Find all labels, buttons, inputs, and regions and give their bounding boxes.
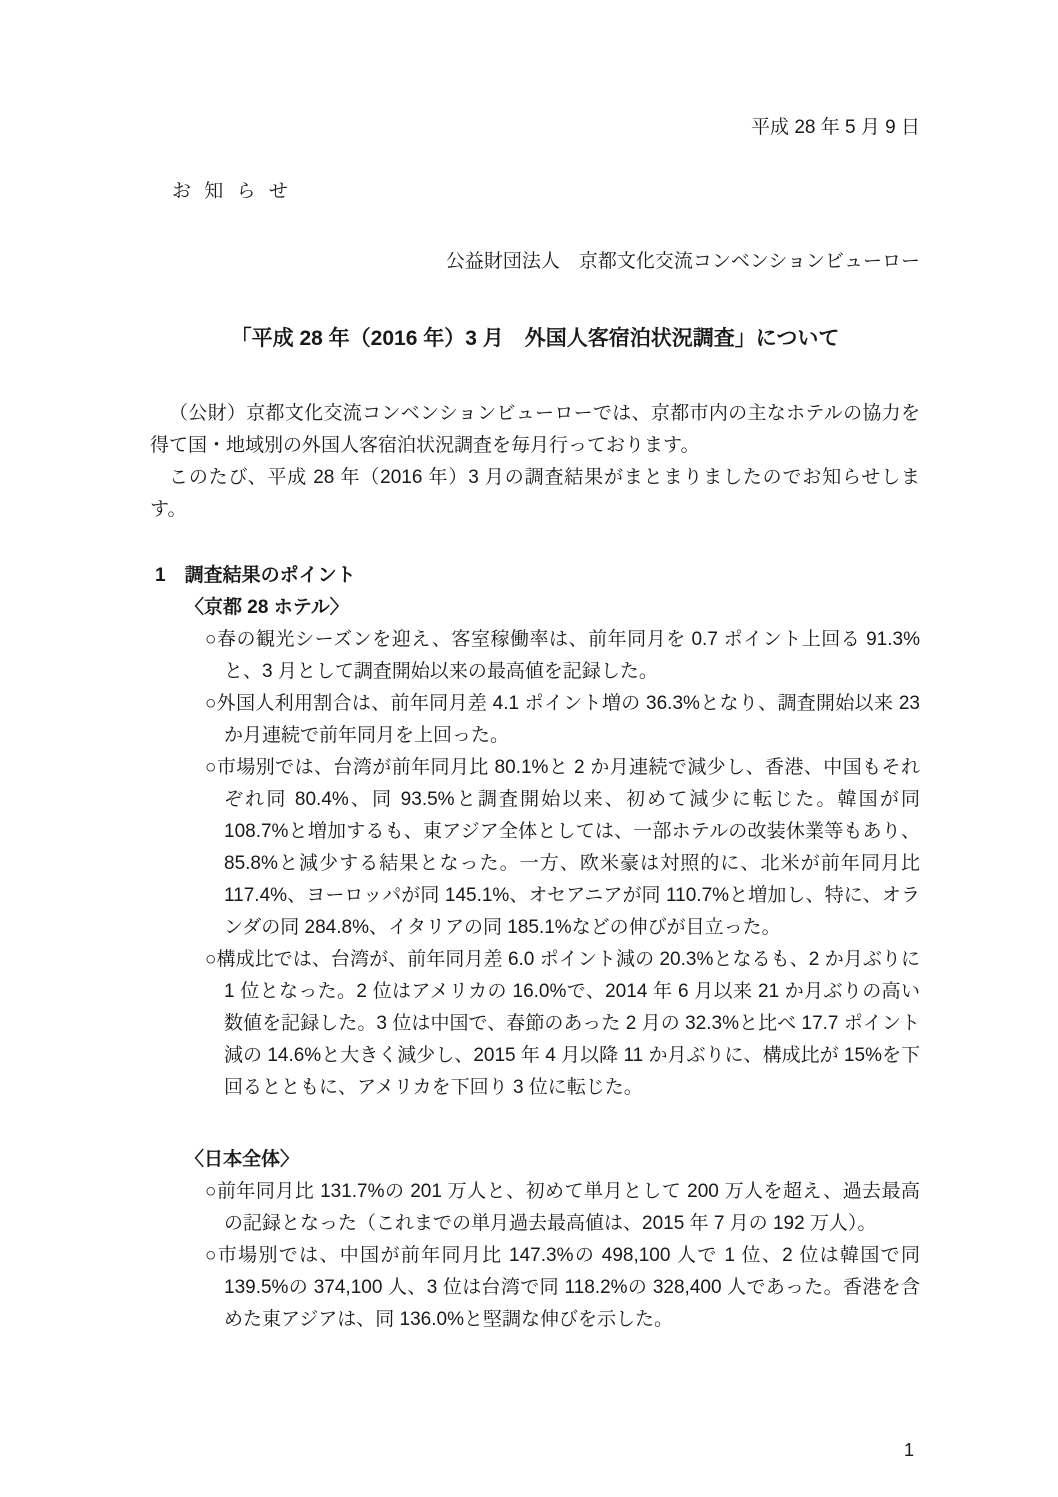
document-page: 平成 28 年 5 月 9 日 お 知 ら せ 公益財団法人 京都文化交流コンベ…: [0, 0, 1058, 1497]
organization-name: 公益財団法人 京都文化交流コンベンションビューロー: [150, 246, 920, 278]
section-1-heading: 1 調査結果のポイント: [150, 560, 920, 592]
kyoto-bullet-foreign-guest-ratio: ○外国人利用割合は、前年同月差 4.1 ポイント増の 36.3%となり、調査開始…: [205, 688, 920, 752]
subsection-kyoto-hotels-heading: 〈京都 28 ホテル〉: [150, 592, 920, 624]
kyoto-bullet-composition-ratio: ○構成比では、台湾が、前年同月差 6.0 ポイント減の 20.3%となるも、2 …: [205, 944, 920, 1104]
japan-overall-bullet-list: ○前年同月比 131.7%の 201 万人と、初めて単月として 200 万人を超…: [150, 1176, 920, 1336]
page-number: 1: [904, 1436, 914, 1464]
notice-label: お 知 ら せ: [150, 176, 920, 208]
subsection-japan-overall-heading: 〈日本全体〉: [150, 1144, 920, 1176]
kyoto-bullet-market-breakdown: ○市場別では、台湾が前年同月比 80.1%と 2 か月連続で減少し、香港、中国も…: [205, 752, 920, 944]
document-date: 平成 28 年 5 月 9 日: [150, 112, 920, 144]
kyoto-hotels-bullet-list: ○春の観光シーズンを迎え、客室稼働率は、前年同月を 0.7 ポイント上回る 91…: [150, 624, 920, 1104]
japan-bullet-market-breakdown: ○市場別では、中国が前年同月比 147.3%の 498,100 人で 1 位、2…: [205, 1240, 920, 1336]
kyoto-bullet-occupancy-rate: ○春の観光シーズンを迎え、客室稼働率は、前年同月を 0.7 ポイント上回る 91…: [205, 624, 920, 688]
intro-paragraph-2: このたび、平成 28 年（2016 年）3 月の調査結果がまとまりましたのでお知…: [150, 462, 920, 526]
japan-bullet-total-visitors: ○前年同月比 131.7%の 201 万人と、初めて単月として 200 万人を超…: [205, 1176, 920, 1240]
document-title: 「平成 28 年（2016 年）3 月 外国人客宿泊状況調査」について: [150, 322, 920, 356]
intro-paragraph-1: （公財）京都文化交流コンベンションビューローでは、京都市内の主なホテルの協力を得…: [150, 398, 920, 462]
